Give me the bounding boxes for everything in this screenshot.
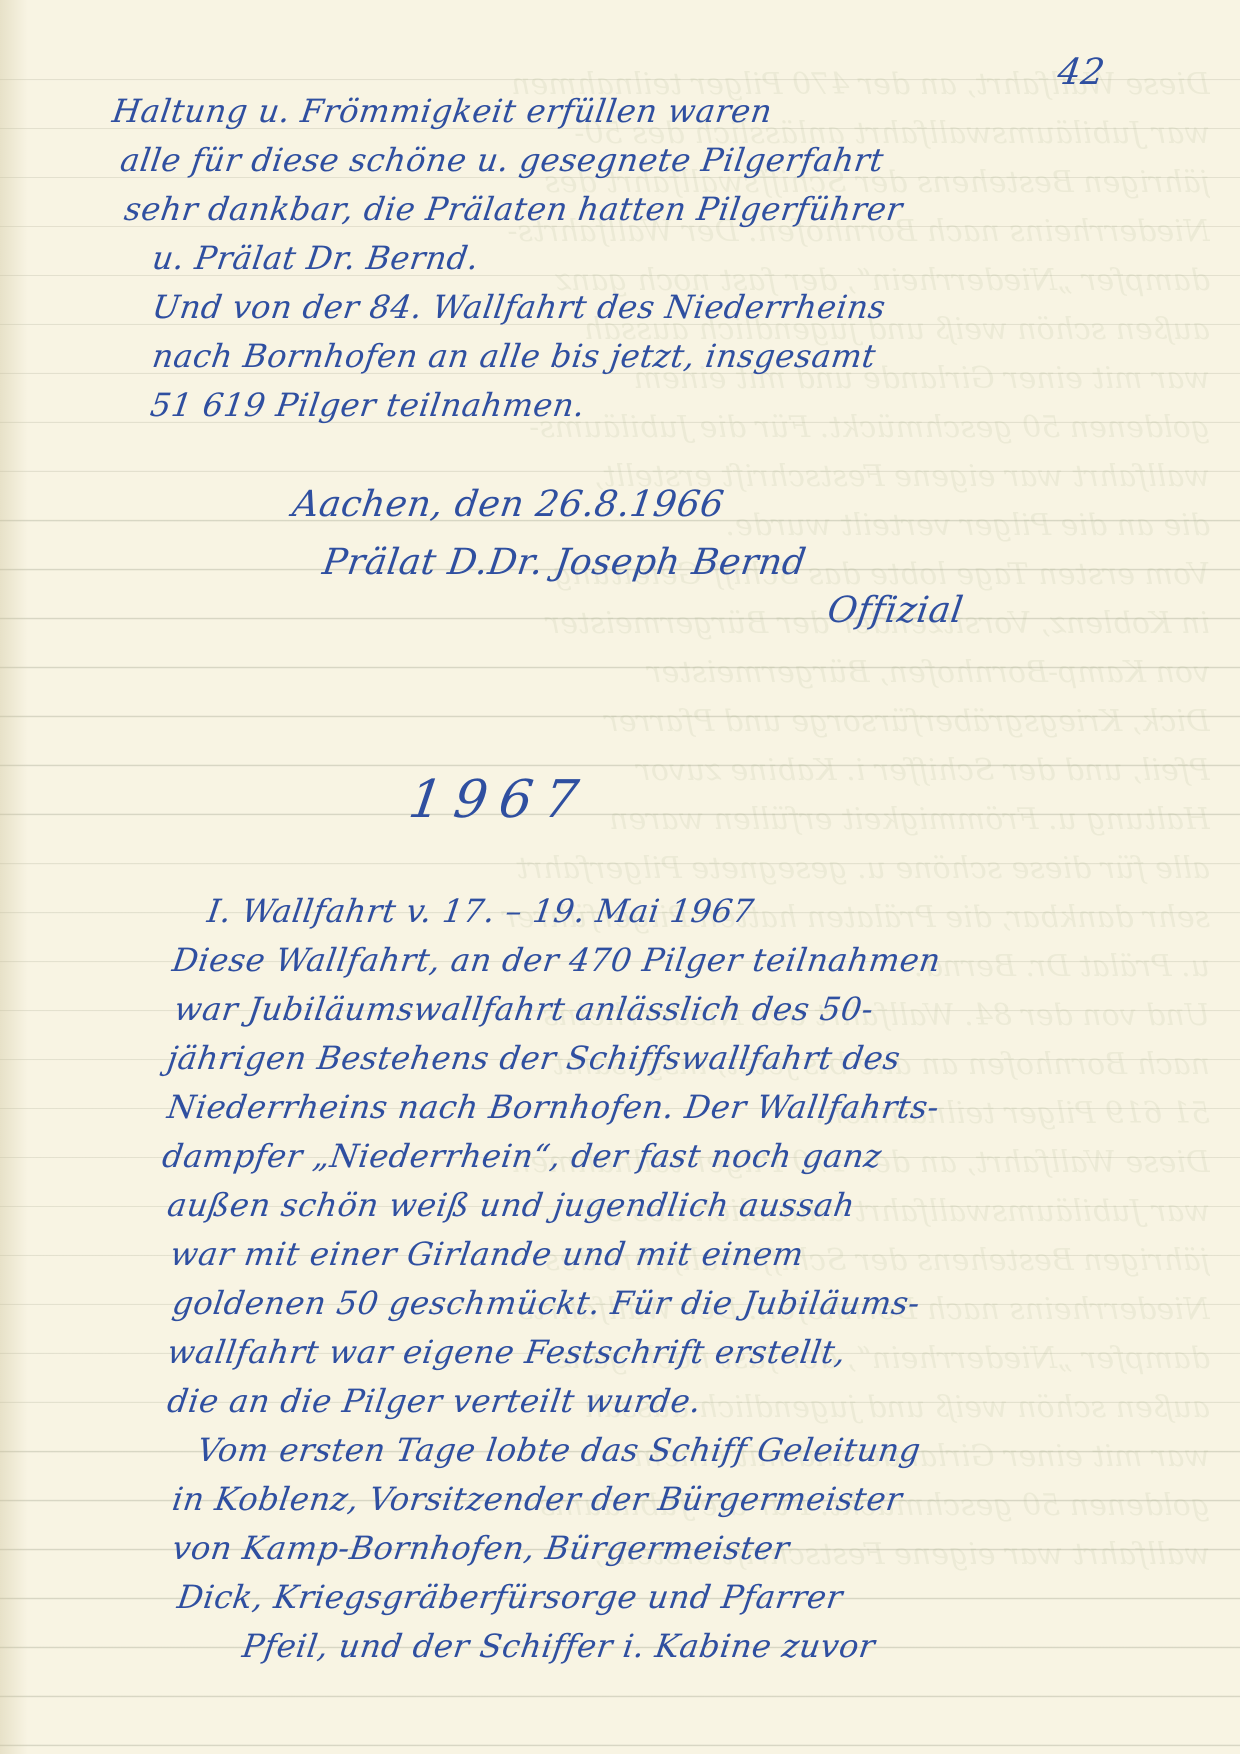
text-line-1966-6: nach Bornhofen an alle bis jetzt, insges… [150,337,878,375]
text-line-1967-3: jährigen Bestehens der Schiffswallfahrt … [165,1039,903,1077]
year-heading: 1967 [405,770,594,830]
text-line-1967-12: in Koblenz, Vorsitzender der Bürgermeist… [170,1480,905,1518]
text-line-1967-7: war mit einer Girlande und mit einem [168,1235,806,1273]
text-line-1966-1: Haltung u. Frömmigkeit erfüllen waren [110,92,775,130]
text-line-1967-6: außen schön weiß und jugendlich aussah [165,1186,858,1224]
text-line-1967-1: Diese Wallfahrt, an der 470 Pilger teiln… [170,941,943,979]
signature: Prälat D.Dr. Joseph Bernd [320,542,809,583]
text-line-1967-15: Pfeil, und der Schiffer i. Kabine zuvor [240,1627,878,1665]
place-date: Aachen, den 26.8.1966 [290,484,727,525]
page-number: 42 [1055,52,1108,93]
text-line-1967-9: wallfahrt war eigene Festschrift erstell… [165,1333,848,1371]
text-line-1967-11: Vom ersten Tage lobte das Schiff Geleitu… [195,1431,923,1469]
text-line-1967-13: von Kamp-Bornhofen, Bürgermeister [170,1529,792,1567]
entry-heading: I. Wallfahrt v. 17. – 19. Mai 1967 [205,892,756,930]
text-line-1966-5: Und von der 84. Wallfahrt des Niederrhei… [150,288,888,326]
text-line-1967-10: die an die Pilger verteilt wurde. [165,1382,704,1420]
text-line-1966-4: u. Prälat Dr. Bernd. [150,239,481,277]
text-line-1966-3: sehr dankbar, die Prälaten hatten Pilger… [122,190,905,228]
text-line-1967-14: Dick, Kriegsgräberfürsorge und Pfarrer [175,1578,845,1616]
text-line-1966-7: 51 619 Pilger teilnahmen. [148,386,587,424]
text-line-1967-4: Niederrheins nach Bornhofen. Der Wallfah… [165,1088,942,1126]
ruled-paper-page: Diese Wallfahrt, an der 470 Pilger teiln… [0,0,1240,1754]
text-line-1966-2: alle für diese schöne u. gesegnete Pilge… [118,141,886,179]
text-line-1967-8: goldenen 50 geschmückt. Für die Jubiläum… [170,1284,923,1322]
text-line-1967-5: dampfer „Niederrhein“, der fast noch gan… [160,1137,884,1175]
text-line-1967-2: war Jubiläumswallfahrt anlässlich des 50… [172,990,876,1028]
signatory-title: Offizial [825,590,966,631]
